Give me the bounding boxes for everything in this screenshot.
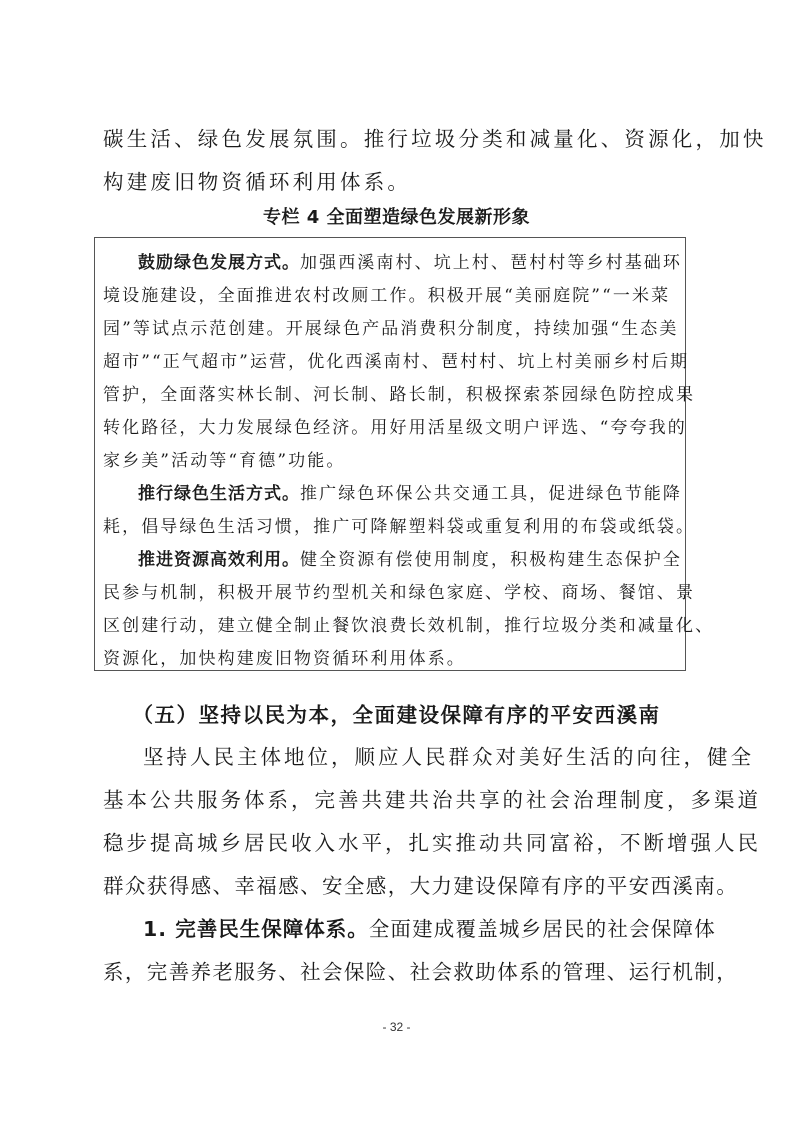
text-line: 民参与机制，积极开展节约型机关和绿色家庭、学校、商场、餐馆、景 [103,578,695,603]
text-line: 稳步提高城乡居民收入水平，扎实推动共同富裕，不断增强人民 [103,826,761,856]
section-heading: （五）坚持以民为本，全面建设保障有序的平安西溪南 [0,698,793,728]
box-paragraph-2-first-line: 推行绿色生活方式。推广绿色环保公共交通工具，促进绿色节能降 [103,479,682,504]
text-line: 耗，倡导绿色生活习惯，推广可降解塑料袋或重复利用的布袋或纸袋。 [103,512,695,537]
text-line: 基本公共服务体系，完善共建共治共享的社会治理制度，多渠道 [103,783,761,813]
text-line: 超市”“正气超市”运营，优化西溪南村、琶村村、坑上村美丽乡村后期 [103,347,689,372]
text-line: 境设施建设，全面推进农村改厕工作。积极开展“美丽庭院”“一米菜 [103,281,670,306]
box-paragraph-heading: 推进资源高效利用。 [138,550,300,570]
column-box-title: 专栏 4 全面塑造绿色发展新形象 [0,203,793,229]
box-paragraph-heading: 推行绿色生活方式。 [138,484,300,504]
text-line: 系，完善养老服务、社会保险、社会救助体系的管理、运行机制， [103,955,738,985]
text-line: 坚持人民主体地位，顺应人民群众对美好生活的向往，健全 [143,740,754,770]
text-line: 全面建成覆盖城乡居民的社会保障体 [369,917,716,941]
text-line: 家乡美”活动等“育德”功能。 [103,446,345,471]
text-line: 资源化，加快构建废旧物资循环利用体系。 [103,644,466,669]
text-line: 管护，全面落实林长制、河长制、路长制，积极探索茶园绿色防控成果 [103,380,695,405]
page-number: - 32 - [0,1020,793,1034]
box-paragraph-1-first-line: 鼓励绿色发展方式。加强西溪南村、坑上村、琶村村等乡村基础环 [103,248,682,273]
text-line: 构建废旧物资循环利用体系。 [103,165,693,195]
text-line: 区创建行动，建立健全制止餐饮浪费长效机制，推行垃圾分类和减量化、 [103,611,714,636]
column-box: 鼓励绿色发展方式。加强西溪南村、坑上村、琶村村等乡村基础环 境设施建设，全面推进… [94,237,686,671]
text-line: 园”等试点示范创建。开展绿色产品消费积分制度，持续加强“生态美 [103,314,678,339]
box-paragraph-3-first-line: 推进资源高效利用。健全资源有偿使用制度，积极构建生态保护全 [103,545,682,570]
list-item-first-line: 1. 完善民生保障体系。全面建成覆盖城乡居民的社会保障体 [143,912,716,942]
text-line: 群众获得感、幸福感、安全感，大力建设保障有序的平安西溪南。 [103,869,738,899]
box-paragraph-heading: 鼓励绿色发展方式。 [138,253,300,273]
list-item-heading: 1. 完善民生保障体系。 [143,917,369,941]
text-line: 加强西溪南村、坑上村、琶村村等乡村基础环 [300,253,682,273]
text-line: 转化路径，大力发展绿色经济。用好用活星级文明户评选、“夸夸我的 [103,413,687,438]
text-line: 推广绿色环保公共交通工具，促进绿色节能降 [300,484,682,504]
text-line: 健全资源有偿使用制度，积极构建生态保护全 [300,550,682,570]
text-line: 碳生活、绿色发展氛围。推行垃圾分类和减量化、资源化，加快 [103,122,693,152]
